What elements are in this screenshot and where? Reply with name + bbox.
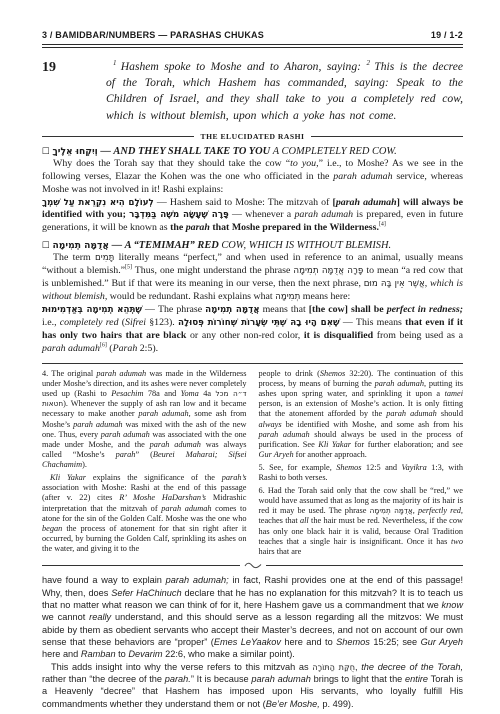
text-segment: §123). [146, 317, 178, 328]
text-segment: here and to [281, 637, 336, 647]
text-segment: parah adumah [161, 504, 211, 513]
text-segment: Ramban [81, 649, 116, 659]
header-book-title: 3 / BAMIDBAR/NUMBERS — PARASHAS CHUKAS [42, 30, 264, 40]
text-segment: entire [405, 674, 428, 684]
text-segment: the [170, 222, 186, 233]
text-segment: Vayikra [401, 463, 426, 472]
text-segment: parah adumah [375, 379, 424, 388]
text-segment: always [259, 420, 282, 429]
text-segment: parah adumah [333, 171, 392, 182]
hebrew-text: אֲשֶׁר אֵין בָּהּ מוּם [364, 279, 425, 289]
text-segment: or any other non-red color, [186, 330, 304, 341]
page-header: 3 / BAMIDBAR/NUMBERS — PARASHAS CHUKAS 1… [42, 30, 463, 40]
footnote-marker: [5] [125, 265, 132, 271]
verse-text: 1 Hashem spoke to Moshe and to Aharon, s… [106, 59, 463, 124]
text-segment: for further elaboration; and see [351, 440, 463, 449]
paragraph: people to drink (Shemos 32:20). The cont… [259, 369, 464, 461]
text-segment: Why does the Torah say that they should … [53, 158, 290, 169]
text-segment: parah adumah [251, 674, 310, 684]
paragraph: The term תָּמִים literally means “perfec… [42, 252, 463, 304]
text-segment: here and [42, 649, 81, 659]
footnote-marker: [6] [100, 342, 107, 348]
hebrew-text: שֶׁתְּהֵא תְמִימָה בְּאַדְמִימוּת [42, 305, 142, 315]
text-segment: parah adumah; [166, 575, 229, 585]
rashi-heading: □ אֲדֻמָּה תְמִימָה — A “TEMIMAH” RED CO… [42, 240, 463, 251]
text-segment: ). [82, 460, 87, 469]
text-segment: parah adumah [42, 343, 100, 354]
text-segment: brings to light that the [311, 674, 405, 684]
footnote-marker: 1 [113, 59, 121, 67]
divider-line-left [42, 136, 194, 137]
text-segment: we cannot [42, 612, 89, 622]
insight-divider-line-left [42, 565, 240, 566]
text-segment: people to drink ( [259, 369, 320, 378]
hebrew-text: אֲדֻמָּה תְמִימָה [370, 506, 413, 515]
text-segment: parah adumah [73, 420, 123, 429]
text-segment: Shemos [320, 369, 345, 378]
hebrew-text: פָּרָה שֶׁעָשָׂה מֹשֶׁה בַּמִּדְבָּר [129, 210, 229, 220]
hebrew-text: אֲדֻמָּה תְמִימָה [53, 241, 110, 251]
text-segment: parah adumah [96, 369, 146, 378]
text-segment: parah adumah [138, 409, 188, 418]
text-segment: This adds insight into why the verse ref… [51, 662, 312, 672]
text-segment: means that [260, 304, 309, 315]
paragraph: Kli Yakar explains the significance of t… [42, 473, 247, 555]
verse-section: 19 1 Hashem spoke to Moshe and to Aharon… [42, 59, 463, 124]
text-segment: R’ Moshe HaDarshan’s [119, 493, 206, 502]
text-segment: to you, [290, 158, 318, 169]
text-segment: rather than “the decree of the [42, 674, 165, 684]
footnotes-rule [42, 363, 463, 364]
footnotes-left-column: 4. The original parah adumah was made in… [42, 369, 247, 558]
hebrew-text: חֻקַּת הַתּוֹרָה [312, 662, 355, 672]
hebrew-text: לְעוֹלָם הִיא נִקְרֵאת עַל שִׁמְךָ [42, 198, 154, 208]
text-segment: Devarim [128, 649, 162, 659]
text-segment: all [300, 516, 309, 525]
text-segment: tamei [445, 389, 463, 398]
text-segment: p. 499). [320, 699, 354, 709]
text-segment: COW, WHICH IS WITHOUT BLEMISH. [221, 240, 391, 251]
hebrew-text: תְמִימָה [275, 292, 300, 302]
paragraph: This adds insight into why the verse ref… [42, 661, 463, 710]
rashi-heading: □ וְיִקְחוּ אֵלֶיךָ — AND THEY SHALL TAK… [42, 146, 463, 157]
text-segment: to [116, 649, 129, 659]
text-segment: A COMPLETELY RED COW. [273, 146, 397, 157]
text-segment: the decree of the Torah, [361, 662, 463, 672]
header-rule [42, 44, 463, 48]
text-segment: means here: [300, 291, 350, 302]
header-page-ref: 19 / 1-2 [431, 30, 463, 40]
text-segment: Gur Aryeh [259, 450, 294, 459]
text-segment: The term [53, 252, 95, 263]
text-segment: — [98, 146, 114, 157]
text-segment: completely red [60, 317, 119, 328]
text-segment: really [89, 612, 111, 622]
text-segment: be identified with Moshe, and some ash f… [282, 420, 463, 429]
insight-divider [42, 562, 463, 569]
text-segment: parah [116, 450, 136, 459]
elucidated-rashi-divider: THE ELUCIDATED RASHI [42, 132, 463, 141]
text-segment: it is disqualified [304, 330, 373, 341]
paragraph: 6. Had the Torah said only that the cow … [259, 486, 464, 557]
text-segment: parah adumah [101, 430, 150, 439]
hebrew-text: אֲדֻמָּה תְמִימָה [205, 305, 259, 315]
rashi-body: □ וְיִקְחוּ אֵלֶיךָ — AND THEY SHALL TAK… [42, 146, 463, 356]
text-segment: Hashem spoke to Moshe and to Aharon, say… [121, 60, 367, 73]
text-segment: Shemos [336, 637, 370, 647]
text-segment: parah adumah [386, 409, 437, 418]
text-segment: would be redundant. Rashi explains what [107, 291, 275, 302]
footnotes-right-column: people to drink (Shemos 32:20). The cont… [259, 369, 464, 558]
text-segment: [the cow] shall be [309, 304, 387, 315]
square-bullet-icon: □ [42, 239, 53, 249]
divider-ornament-icon [244, 562, 262, 569]
text-segment: 4a [199, 389, 216, 398]
hebrew-text: תָּמִים [95, 253, 114, 263]
text-segment: the process of atonement for that sin ri… [42, 524, 247, 553]
text-segment: perfectly red, [418, 506, 463, 515]
text-segment: Parah [113, 343, 138, 354]
text-segment: A “TEMIMAH” RED [125, 240, 222, 251]
text-segment: Thus, one might understand the phrase [132, 265, 293, 276]
text-segment: two [451, 537, 463, 546]
text-segment: AND THEY SHALL TAKE TO YOU [113, 146, 272, 157]
text-segment: Kli Yakar [50, 473, 86, 482]
hebrew-text: וְיִקְחוּ אֵלֶיךָ [53, 147, 98, 157]
paragraph: לְעוֹלָם הִיא נִקְרֵאת עַל שִׁמְךָ — Has… [42, 197, 463, 236]
text-segment: Sifrei [125, 317, 146, 328]
footnotes-section: 4. The original parah adumah was made in… [42, 369, 463, 558]
text-segment: — The phrase [142, 304, 205, 315]
text-segment: Emes LeYaakov [214, 637, 281, 647]
paragraph: שֶׁתְּהֵא תְמִימָה בְּאַדְמִימוּת — The … [42, 304, 463, 356]
text-segment: Yoma [181, 389, 199, 398]
text-segment: Shemos [336, 463, 361, 472]
text-segment: parah. [165, 674, 191, 684]
text-segment: Be’er Moshe, [266, 699, 320, 709]
text-segment: parah adumah [259, 430, 310, 439]
text-segment: parah adumah [150, 440, 201, 449]
text-segment: 4. The original [42, 369, 96, 378]
text-segment: should [437, 409, 463, 418]
divider-line-right [311, 136, 463, 137]
text-segment: ” ( [135, 450, 152, 459]
insight-divider-line-right [266, 565, 464, 566]
text-segment: for another approach. [294, 450, 367, 459]
text-segment: know [442, 600, 463, 610]
section-divider-label: THE ELUCIDATED RASHI [194, 132, 312, 141]
text-segment: parah [186, 222, 210, 233]
chapter-number: 19 [42, 59, 106, 124]
text-segment: Sefer HaChinuch [111, 588, 181, 598]
paragraph: Why does the Torah say that they should … [42, 158, 463, 197]
text-segment: parah adumah [336, 197, 397, 208]
text-segment: teaches that [259, 516, 300, 525]
text-segment: — Hashem said to Moshe: The mitzvah of [154, 197, 333, 208]
text-segment: 12:5 and [362, 463, 402, 472]
text-segment: from being used as a [373, 330, 463, 341]
text-segment: ” It is because [191, 674, 252, 684]
text-segment: explains the significance of the [86, 473, 222, 482]
paragraph: have found a way to explain parah adumah… [42, 574, 463, 660]
text-segment: i.e., [42, 317, 60, 328]
text-segment: — whenever a [229, 209, 295, 220]
footnote-marker: [4] [379, 222, 386, 228]
text-segment: — This means [340, 317, 405, 328]
text-segment: 5. See, for example, [259, 463, 337, 472]
text-segment: 15:25; see [370, 637, 421, 647]
text-segment: Kli Yakar [318, 440, 351, 449]
paragraph: 5. See, for example, Shemos 12:5 and Vay… [259, 463, 464, 483]
text-segment: parah adumah [294, 209, 353, 220]
text-segment: Pesachim [111, 389, 143, 398]
hebrew-text: שֶׁאִם הָיוּ בָהּ שְׁתֵּי שְׂעָרוֹת שְׁח… [178, 318, 340, 328]
insight-section: have found a way to explain parah adumah… [42, 574, 463, 710]
text-segment: that Moshe prepared in the Wilderness. [210, 222, 379, 233]
text-segment: parah’s [222, 473, 247, 482]
text-segment: have found a way to explain [42, 575, 166, 585]
hebrew-text: פָּרָה אֲדֻמָּה תְמִימָה [293, 266, 363, 276]
text-segment: began [42, 524, 62, 533]
text-segment: — [109, 240, 125, 251]
book-page: 3 / BAMIDBAR/NUMBERS — PARASHAS CHUKAS 1… [0, 0, 500, 714]
text-segment: 78a and [143, 389, 180, 398]
paragraph: 4. The original parah adumah was made in… [42, 369, 247, 471]
text-segment: Gur Aryeh [421, 637, 463, 647]
text-segment: 2:5). [137, 343, 158, 354]
text-segment: 22:6, who make a similar point). [163, 649, 295, 659]
text-segment: perfect in redness; [387, 304, 463, 315]
square-bullet-icon: □ [42, 145, 53, 155]
text-segment: hairs that are [259, 547, 302, 556]
